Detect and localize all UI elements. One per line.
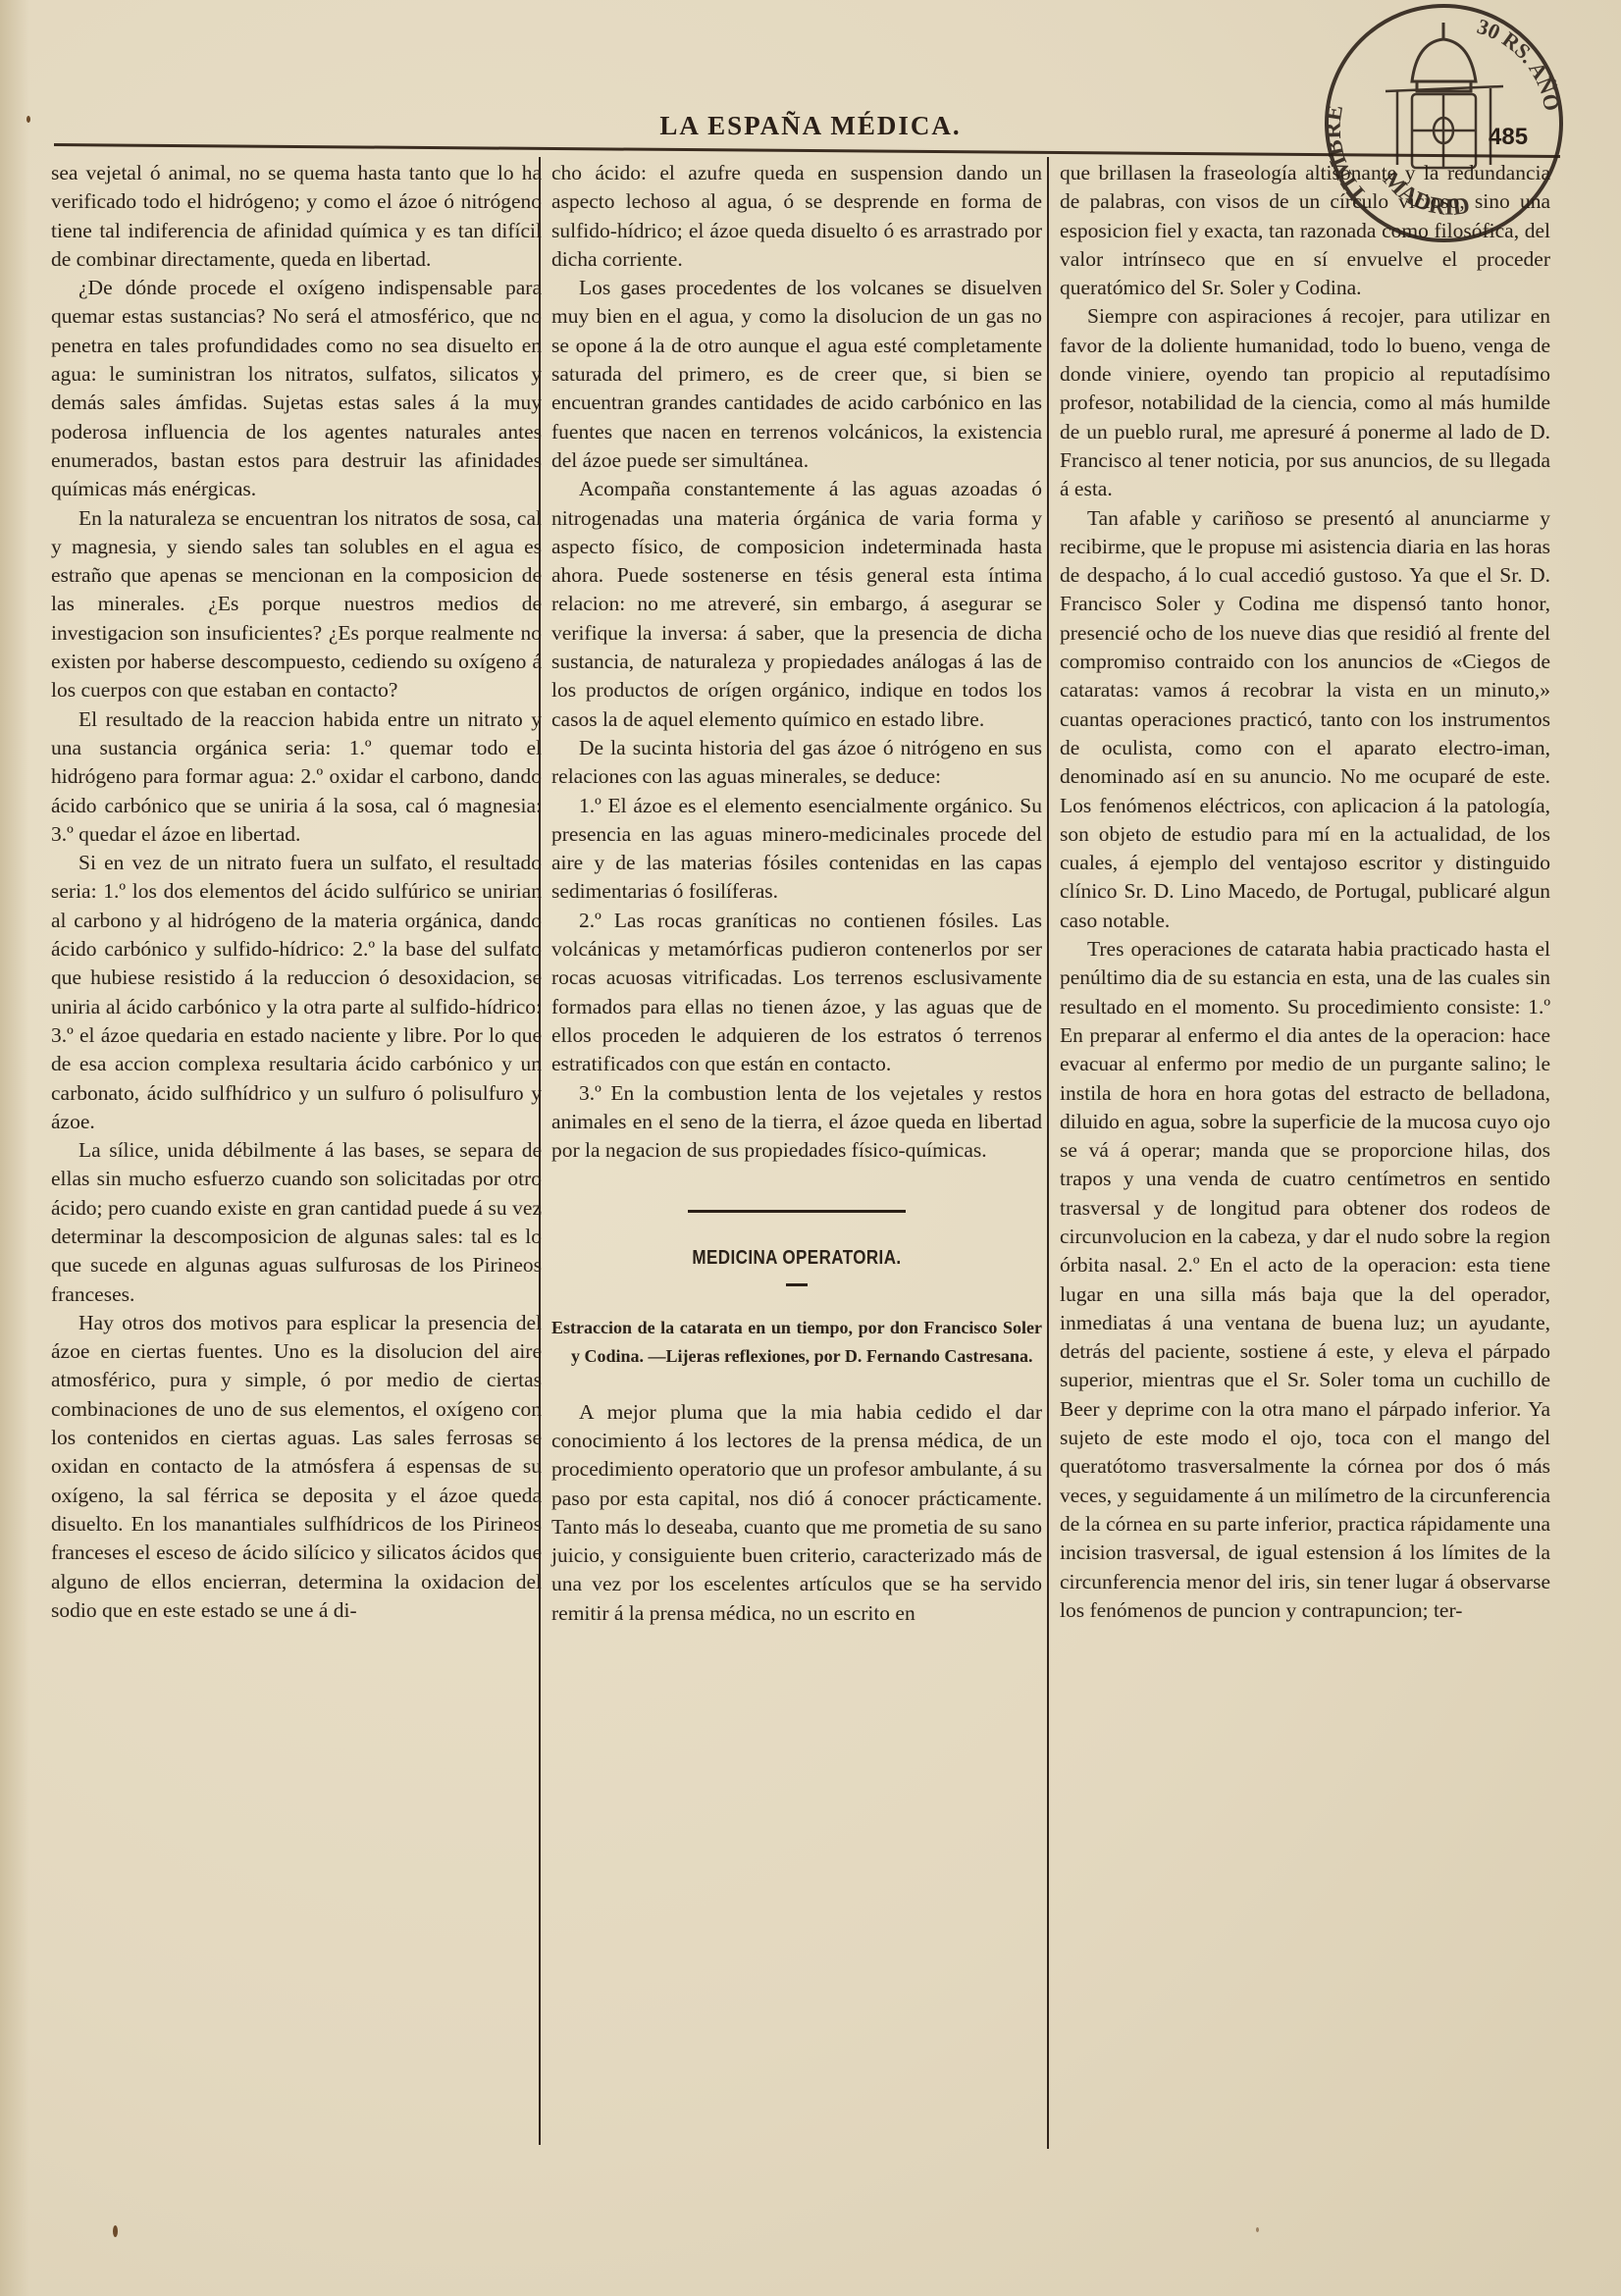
paragraph: Si en vez de un nitrato fuera un sulfato… <box>51 849 542 1136</box>
paragraph: cho ácido: el azufre queda en suspension… <box>551 159 1042 274</box>
shield-icon <box>1386 86 1503 168</box>
paragraph: El resultado de la reaccion habida entre… <box>51 705 542 849</box>
stamp-right-text: 30 RS. AÑO <box>1474 14 1559 113</box>
paragraph: Tan afable y cariñoso se presentó al anu… <box>1060 504 1550 935</box>
crown-icon <box>1412 23 1476 91</box>
paragraph: Hay otros dos motivos para esplicar la p… <box>51 1309 542 1625</box>
paper-speck <box>26 116 30 123</box>
paragraph: A mejor pluma que la mia habia cedido el… <box>551 1398 1042 1628</box>
numbered-conclusion: 2.º Las rocas graníticas no contienen fó… <box>551 907 1042 1079</box>
paragraph: En la naturaleza se encuentran los nitra… <box>51 504 542 705</box>
svg-text:30 RS. AÑO: 30 RS. AÑO <box>1474 14 1559 113</box>
section-title: MEDICINA OPERATORIA. <box>589 1244 1006 1273</box>
paragraph: De la sucinta historia del gas ázoe ó ni… <box>551 734 1042 792</box>
column-divider <box>1047 157 1049 2149</box>
paragraph: Tres operaciones de catarata habia pract… <box>1060 935 1550 1625</box>
paragraph: ¿De dónde procede el oxígeno indispensab… <box>51 274 542 503</box>
paragraph: Siempre con aspiraciones á recojer, para… <box>1060 302 1550 503</box>
paragraph: que brillasen la fraseología altisonante… <box>1060 159 1550 302</box>
column-2: cho ácido: el azufre queda en suspension… <box>551 159 1042 1628</box>
page-edge-shadow <box>0 0 29 2296</box>
paper-speck <box>113 2225 118 2237</box>
column-divider <box>539 157 541 2145</box>
section-dash <box>786 1283 808 1286</box>
section-rule <box>688 1210 906 1213</box>
column-3: que brillasen la fraseología altisonante… <box>1060 159 1550 1625</box>
paper-speck <box>1256 2227 1259 2232</box>
numbered-conclusion: 3.º En la combustion lenta de los vejeta… <box>551 1079 1042 1166</box>
page-number: 485 <box>1489 124 1528 151</box>
numbered-conclusion: 1.º El ázoe es el elemento esencialmente… <box>551 792 1042 907</box>
article-heading: Estraccion de la catarata en un tiempo, … <box>551 1314 1042 1371</box>
paragraph: Acompaña constantemente á las aguas azoa… <box>551 475 1042 734</box>
column-1: sea vejetal ó animal, no se quema hasta … <box>51 159 542 1625</box>
paragraph: Los gases procedentes de los volcanes se… <box>551 274 1042 475</box>
paragraph: sea vejetal ó animal, no se quema hasta … <box>51 159 542 274</box>
paragraph: La sílice, unida débilmente á las bases,… <box>51 1136 542 1309</box>
